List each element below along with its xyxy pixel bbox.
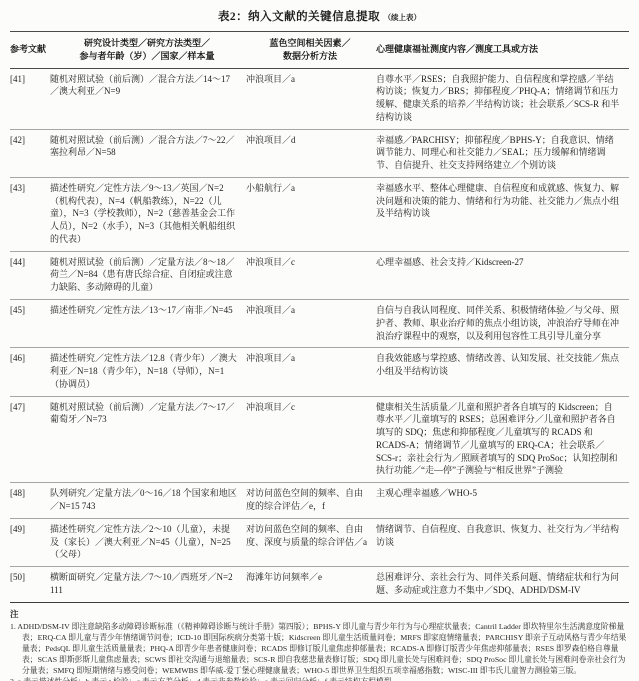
table-title-text: 表2：纳入文献的关键信息提取 xyxy=(218,11,380,23)
notes-label: 注 xyxy=(10,608,629,620)
cell-design: 随机对照试验（前后测）／混合方法／14～17／澳大利亚／N=9 xyxy=(50,68,246,129)
cell-measure: 幸福感水平、整体心理健康、自信程度和成就感、恢复力、解决问题和决策的能力、情绪和… xyxy=(376,177,629,251)
note-item-abbreviations: 1. ADHD/DSM-IV 即注意缺陷多动障碍诊断标准（《精神障碍诊断与统计手… xyxy=(10,621,629,676)
cell-measure: 总困难评分、亲社会行为、同伴关系问题、情绪症状和行为问题、多动症或注意力不集中／… xyxy=(376,567,629,603)
cell-bluespace: 海滩年访问频率／e xyxy=(246,567,376,603)
cell-bluespace: 对访问蓝色空间的频率、自由度、深度与质量的综合评估／a xyxy=(246,518,376,566)
cell-measure: 健康相关生活质量／儿童和照护者各自填写的 Kidscreen；自尊水平／儿童填写… xyxy=(376,396,629,483)
table-row: [43] 描述性研究／定性方法／9～13／英国／N=2（机构代表），N=4（帆船… xyxy=(10,177,629,251)
table-row: [42] 随机对照试验（前后测）／混合方法／7～22／塞拉利昂／N=58 冲浪项… xyxy=(10,129,629,177)
cell-measure: 情绪调节、自信程度、自我意识、恢复力、社交行为／半结构访谈 xyxy=(376,518,629,566)
header-measure: 心理健康福祉测度内容／测度工具或方法 xyxy=(376,32,629,69)
cell-reference: [42] xyxy=(10,129,50,177)
cell-reference: [49] xyxy=(10,518,50,566)
cell-design: 队列研究／定量方法／0～16／18 个国家和地区／N=15 743 xyxy=(50,483,246,519)
table-row: [47] 随机对照试验（前后测）／定量方法／7～17／葡萄牙／N=73 冲浪项目… xyxy=(10,396,629,483)
cell-design: 随机对照试验（前后测）／定量方法／7～17／葡萄牙／N=73 xyxy=(50,396,246,483)
cell-reference: [47] xyxy=(10,396,50,483)
cell-reference: [41] xyxy=(10,68,50,129)
table-row: [48] 队列研究／定量方法／0～16／18 个国家和地区／N=15 743 对… xyxy=(10,483,629,519)
header-reference: 参考文献 xyxy=(10,32,50,69)
table-row: [50] 横断面研究／定量方法／7～10／西班牙／N=2 111 海滩年访问频率… xyxy=(10,567,629,603)
cell-reference: [46] xyxy=(10,348,50,396)
cell-bluespace: 冲浪项目／a xyxy=(246,68,376,129)
cell-design: 随机对照试验（前后测）／定量方法／8～18／荷兰／N=84（患有唐氏综合症、自闭… xyxy=(50,251,246,299)
cell-measure: 主观心理幸福感／WHO-5 xyxy=(376,483,629,519)
cell-bluespace: 冲浪项目／c xyxy=(246,396,376,483)
cell-reference: [43] xyxy=(10,177,50,251)
literature-table: 参考文献 研究设计类型／研究方法类型／ 参与者年龄（岁）／国家／样本量 蓝色空间… xyxy=(10,31,629,603)
cell-reference: [44] xyxy=(10,251,50,299)
table-row: [46] 描述性研究／定性方法／12.8（青少年）／澳大利亚／N=18（青少年）… xyxy=(10,348,629,396)
cell-measure: 自尊水平／RSES；自我照护能力、自信程度和掌控感／半结构访谈；恢复力／BRS；… xyxy=(376,68,629,129)
cell-measure: 幸福感／PARCHISY；抑郁程度／BPHS-Y；自我意识、情绪调节能力、同理心… xyxy=(376,129,629,177)
cell-reference: [48] xyxy=(10,483,50,519)
cell-design: 随机对照试验（前后测）／混合方法／7～22／塞拉利昂／N=58 xyxy=(50,129,246,177)
cell-bluespace: 冲浪项目／d xyxy=(246,129,376,177)
cell-design: 描述性研究／定性方法／9～13／英国／N=2（机构代表），N=4（帆船教练），N… xyxy=(50,177,246,251)
cell-bluespace: 冲浪项目／a xyxy=(246,348,376,396)
cell-design: 描述性研究／定性方法／2～10（儿童），未提及（家长）／澳大利亚／N=45（儿童… xyxy=(50,518,246,566)
cell-bluespace: 冲浪项目／a xyxy=(246,300,376,348)
cell-bluespace: 冲浪项目／c xyxy=(246,251,376,299)
table-row: [41] 随机对照试验（前后测）／混合方法／14～17／澳大利亚／N=9 冲浪项… xyxy=(10,68,629,129)
cell-reference: [45] xyxy=(10,300,50,348)
cell-measure: 自我效能感与掌控感、情绪改善、认知发展、社交技能／焦点小组及半结构访谈 xyxy=(376,348,629,396)
cell-reference: [50] xyxy=(10,567,50,603)
table-title-suffix: （续上表） xyxy=(384,13,422,22)
table-row: [45] 描述性研究／定性方法／13～17／南非／N=45 冲浪项目／a 自信与… xyxy=(10,300,629,348)
cell-design: 描述性研究／定性方法／13～17／南非／N=45 xyxy=(50,300,246,348)
cell-design: 描述性研究／定性方法／12.8（青少年）／澳大利亚／N=18（青少年），N=18… xyxy=(50,348,246,396)
note-item-analysis-codes: 2. a 表示描述性分析；b 表示 t 检验；c 表示方差分析；d 表示非参数检… xyxy=(10,676,629,681)
cell-measure: 心理幸福感、社会支持／Kidscreen-27 xyxy=(376,251,629,299)
header-design: 研究设计类型／研究方法类型／ 参与者年龄（岁）／国家／样本量 xyxy=(50,32,246,69)
header-bluespace: 蓝色空间相关因素／ 数据分析方法 xyxy=(246,32,376,69)
document-page: 表2：纳入文献的关键信息提取 （续上表） 参考文献 研究设计类型／研究方法类型／… xyxy=(0,0,639,681)
table-row: [49] 描述性研究／定性方法／2～10（儿童），未提及（家长）／澳大利亚／N=… xyxy=(10,518,629,566)
header-row: 参考文献 研究设计类型／研究方法类型／ 参与者年龄（岁）／国家／样本量 蓝色空间… xyxy=(10,32,629,69)
table-title: 表2：纳入文献的关键信息提取 （续上表） xyxy=(10,8,629,24)
cell-measure: 自信与自我认同程度、同伴关系、积极情绪体验／与父母、照护者、教师、职业治疗师的焦… xyxy=(376,300,629,348)
table-row: [44] 随机对照试验（前后测）／定量方法／8～18／荷兰／N=84（患有唐氏综… xyxy=(10,251,629,299)
cell-bluespace: 对访问蓝色空间的频率、自由度的综合评估／e，f xyxy=(246,483,376,519)
cell-bluespace: 小船航行／a xyxy=(246,177,376,251)
notes-section: 注 1. ADHD/DSM-IV 即注意缺陷多动障碍诊断标准（《精神障碍诊断与统… xyxy=(10,608,629,681)
cell-design: 横断面研究／定量方法／7～10／西班牙／N=2 111 xyxy=(50,567,246,603)
